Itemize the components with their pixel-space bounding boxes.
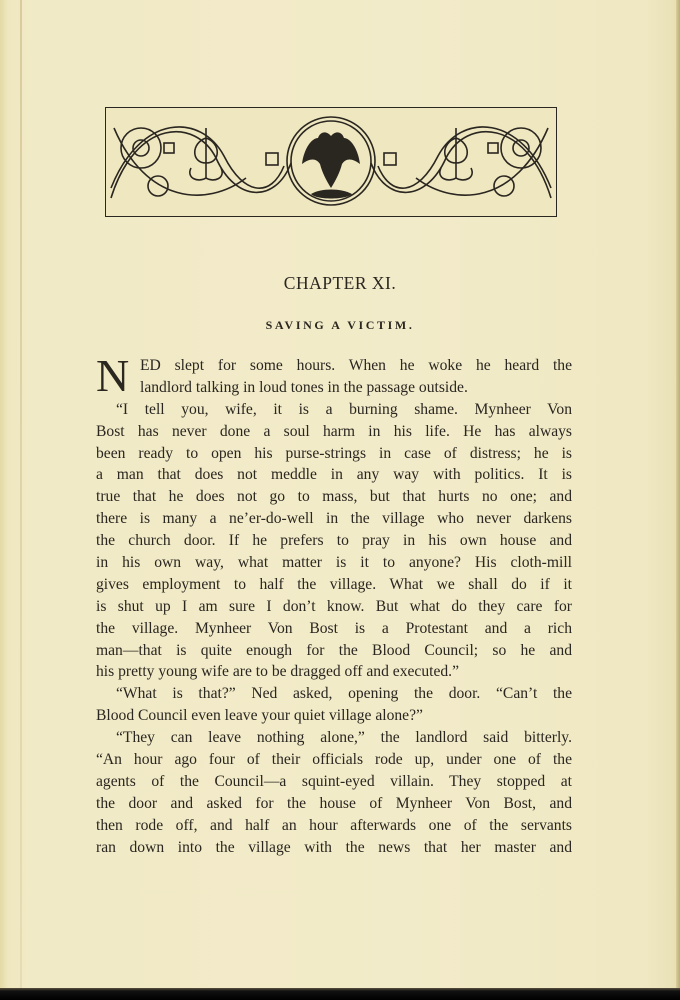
text-line: the church door. If he prefers to pray i… [96,530,572,552]
text-line: Blood Council even leave your quiet vill… [96,705,572,727]
text-line: a man that does not meddle in any way wi… [96,464,572,486]
text-line: Bost has never done a soul harm in his l… [96,421,572,443]
text-line: ran down into the village with the news … [96,837,572,859]
text-line: man—that is quite enough for the Blood C… [96,640,572,662]
chapter-subtitle: SAVING A VICTIM. [0,318,680,333]
text-line: in his own way, what matter is it to any… [96,552,572,574]
text-line: the door and asked for the house of Mynh… [96,793,572,815]
text-line: his pretty young wife are to be dragged … [96,661,572,683]
text-line: true that he does not go to mass, but th… [96,486,572,508]
text-line: “What is that?” Ned asked, opening the d… [96,683,572,705]
text-line: “I tell you, wife, it is a burning shame… [96,399,572,421]
opening-paragraph: N ED slept for some hours. When he woke … [96,355,572,399]
text-line: then rode off, and half an hour afterwar… [96,815,572,837]
text-line: “They can leave nothing alone,” the land… [96,727,572,749]
chapter-body-text: N ED slept for some hours. When he woke … [96,355,572,858]
text-line: landlord talking in loud tones in the pa… [96,377,572,399]
text-line: ED slept for some hours. When he woke he… [96,355,572,377]
text-line: is shut up I am sure I don’t know. But w… [96,596,572,618]
chapter-title: CHAPTER XI. [0,273,680,294]
text-line: there is many a ne’er-do-well in the vil… [96,508,572,530]
text-line: agents of the Council—a squint-eyed vill… [96,771,572,793]
text-line: gives employment to half the village. Wh… [96,574,572,596]
page-gutter-shadow [20,0,22,990]
drop-cap: N [96,356,129,396]
page-right-edge [676,0,680,990]
eagle-medallion-ornament-icon [106,108,556,215]
text-line: been ready to open his purse-strings in … [96,443,572,465]
ornamental-headpiece [105,107,557,217]
text-line: “An hour ago four of their officials rod… [96,749,572,771]
page-bottom-edge [0,988,680,1000]
text-line: the village. Mynheer Von Bost is a Prote… [96,618,572,640]
